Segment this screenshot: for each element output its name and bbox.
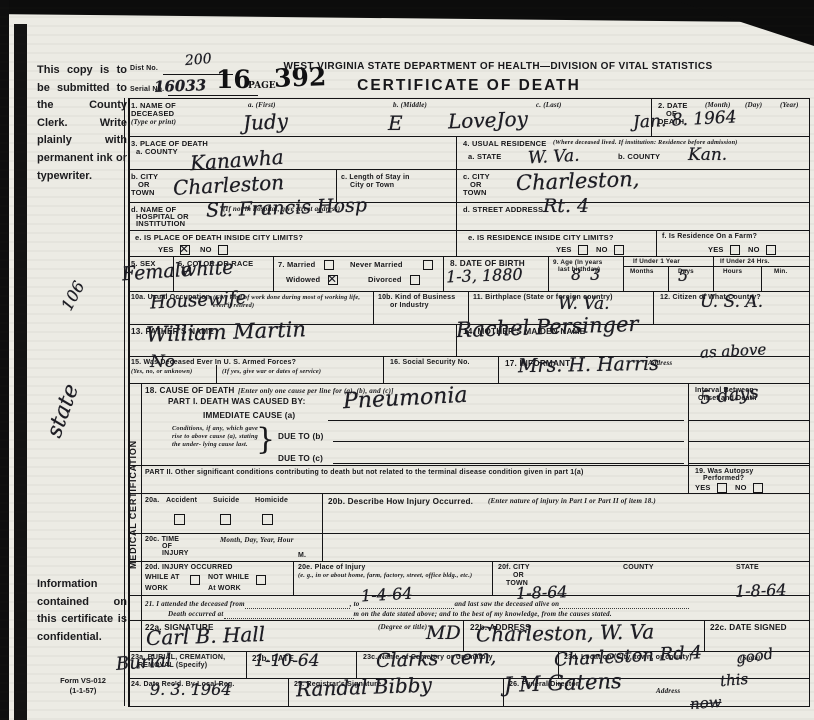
not-while-at-work-checkbox xyxy=(256,575,266,585)
attended-text-2: , to xyxy=(350,600,360,609)
farm-yes-label: YES xyxy=(708,245,724,254)
autopsy-yes-label: YES xyxy=(695,483,711,492)
divider xyxy=(668,266,669,291)
farm-yes-checkbox xyxy=(730,245,740,255)
res-state-label: a. STATE xyxy=(468,152,501,161)
dod-day-header: (Day) xyxy=(745,101,762,110)
place-of-injury-sub: (e. g., in or about home, farm, factory,… xyxy=(298,572,483,580)
accident-checkbox xyxy=(174,514,185,525)
divider xyxy=(443,257,444,291)
divorced-checkbox xyxy=(410,275,420,285)
middle-name-header: b. (Middle) xyxy=(393,101,427,110)
citizen-value: U. S. A. xyxy=(700,294,763,311)
divider xyxy=(689,420,810,421)
divider xyxy=(704,621,705,651)
pod-limits-yes-checkbox xyxy=(180,245,190,255)
form-number-text: Form VS-012 xyxy=(60,676,106,685)
divider xyxy=(456,170,457,202)
dist-no-label: Dist No. xyxy=(130,65,158,74)
divider xyxy=(373,292,374,324)
res-county-label: b. COUNTY xyxy=(618,152,660,161)
divider xyxy=(328,420,684,421)
row-attended: 21. I attended the deceased from , to an… xyxy=(128,595,810,620)
under-24-hrs-label: If Under 24 Hrs. xyxy=(720,258,770,266)
last-name-value: LoveJoy xyxy=(448,109,528,132)
divider xyxy=(689,441,810,442)
widowed-label: Widowed xyxy=(286,275,320,284)
age-value: 83 xyxy=(571,267,609,283)
attended-from-value: 1-4-64 xyxy=(361,586,413,605)
hours-label: Hours xyxy=(723,268,742,276)
injury-county-header: COUNTY xyxy=(623,564,654,573)
divider xyxy=(656,231,657,256)
divider xyxy=(246,652,247,678)
age-days-value: 5 xyxy=(678,268,688,284)
under-1-year-label: If Under 1 Year xyxy=(633,258,680,266)
res-limits-yes-label: YES xyxy=(556,245,572,254)
divider xyxy=(322,494,323,533)
dotted-line xyxy=(245,601,350,609)
scan-edge-left-bar-2 xyxy=(14,24,27,720)
last-alive-value: 1-8-64 xyxy=(735,582,787,600)
part2-label: PART II. Other significant conditions co… xyxy=(145,469,683,478)
degree-label: (Degree or title) xyxy=(378,623,427,632)
hospital-label-3: INSTITUTION xyxy=(136,219,185,228)
divider xyxy=(498,357,499,383)
death-occurred-text: Death occurred at xyxy=(168,610,224,619)
illegible-scrawl: this xyxy=(719,672,748,689)
last-name-header: c. (Last) xyxy=(536,101,562,110)
divider xyxy=(456,203,457,230)
business-label-2: or Industry xyxy=(390,302,429,311)
physician-signature-value: Carl B. Hall xyxy=(146,624,266,648)
time-injury-label-3: INJURY xyxy=(162,550,189,559)
attended-text-1: 21. I attended the deceased from xyxy=(145,600,245,609)
widowed-checkbox xyxy=(328,275,338,285)
street-address-value: Rt. 4 xyxy=(543,197,589,216)
funeral-director-address-label: Address xyxy=(656,687,680,696)
pod-city-label-3: TOWN xyxy=(131,188,155,197)
race-value: white xyxy=(180,259,234,281)
divider xyxy=(124,98,125,706)
armed-forces-value: No xyxy=(150,354,175,371)
department-title: WEST VIRGINIA STATE DEPARTMENT OF HEALTH… xyxy=(198,61,798,72)
funeral-director-value: J M Gatens xyxy=(504,671,622,696)
injury-state-header: STATE xyxy=(736,564,759,573)
divider xyxy=(322,534,323,561)
dotted-line xyxy=(559,601,689,609)
registrar-signature-value: Randal Bibby xyxy=(296,675,432,700)
autopsy-yes-checkbox xyxy=(717,483,727,493)
divider xyxy=(383,357,384,383)
margin-note-submit: This copy is to be submitted to the Coun… xyxy=(37,62,127,185)
homicide-checkbox xyxy=(262,514,273,525)
divider xyxy=(761,266,762,291)
serial-no-line xyxy=(168,95,258,96)
time-injury-m: M. xyxy=(298,552,306,561)
form-revision-text: (1-1-57) xyxy=(70,686,97,695)
divider xyxy=(333,463,684,464)
physician-address-value: Charleston, W. Va xyxy=(476,621,654,644)
scan-edge-corner xyxy=(674,0,814,46)
date-received-value: 9. 3. 1964 xyxy=(150,682,231,698)
divider xyxy=(548,257,549,291)
attended-line-2: Death occurred at m on the date stated a… xyxy=(168,610,612,619)
work-label: WORK xyxy=(145,585,168,594)
how-injury-sub: (Enter nature of injury in Part I or Par… xyxy=(488,497,656,506)
attended-to-value: 1-8-64 xyxy=(516,584,568,602)
autopsy-no-label: NO xyxy=(735,483,747,492)
usual-residence-label: 4. USUAL RESIDENCE xyxy=(463,139,546,148)
informant-address-value: as above xyxy=(700,342,767,360)
dod-year-header: (Year) xyxy=(780,101,799,110)
pod-limits-no-checkbox xyxy=(218,245,228,255)
pod-limits-yes-label: YES xyxy=(158,245,174,254)
row-injury-place: 20d. INJURY OCCURRED WHILE AT NOT WHILE … xyxy=(128,561,810,595)
certificate-form: MEDICAL CERTIFICATION Dist No. 200 Seria… xyxy=(128,55,810,706)
degree-value: MD xyxy=(426,624,461,643)
res-county-value: Kan. xyxy=(688,147,727,164)
divider xyxy=(713,257,714,291)
attended-line-1: 21. I attended the deceased from , to an… xyxy=(145,600,689,609)
row-accident: 20a. Accident Suicide Homicide 20b. Desc… xyxy=(128,493,810,533)
accident-item-label: 20a. xyxy=(145,497,159,506)
burial-date-value: 1-10-64 xyxy=(254,653,320,670)
pod-city-value: Charleston xyxy=(173,172,285,198)
margin-note-confidential: Information contained on this certificat… xyxy=(37,576,127,646)
time-injury-sub: Month, Day, Year, Hour xyxy=(220,536,294,545)
divider xyxy=(653,292,654,324)
divider xyxy=(623,257,624,291)
res-state-value: W. Va. xyxy=(528,148,580,168)
date-signed-label: 22c. DATE SIGNED xyxy=(710,623,787,633)
min-label: Min. xyxy=(774,268,787,276)
dob-value: 1-3, 1880 xyxy=(446,267,523,286)
pod-county-label: a. COUNTY xyxy=(136,147,178,156)
row-part2-autopsy: PART II. Other significant conditions co… xyxy=(128,465,810,493)
due-to-c-label: DUE TO (c) xyxy=(278,454,323,464)
while-at-label: WHILE AT xyxy=(145,574,180,583)
res-limits-no-checkbox xyxy=(614,245,624,255)
handwritten-margin-code: 106 xyxy=(59,279,87,313)
part1-label: PART I. DEATH WAS CAUSED BY: xyxy=(168,397,306,407)
autopsy-no-checkbox xyxy=(753,483,763,493)
divorced-label: Divorced xyxy=(368,275,402,284)
stay-label-2: City or Town xyxy=(350,182,394,191)
dotted-line xyxy=(224,611,354,619)
divider xyxy=(293,562,294,595)
divider xyxy=(456,137,457,169)
divider xyxy=(273,257,274,291)
scan-edge-left-bar xyxy=(0,0,9,720)
certificate-title: CERTIFICATE OF DEATH xyxy=(128,77,810,95)
res-limits-no-label: NO xyxy=(596,245,608,254)
never-married-checkbox xyxy=(423,260,433,270)
first-name-value: Judy xyxy=(243,111,289,133)
burial-value: Burial xyxy=(115,652,172,674)
name-sub-label: (Type or print) xyxy=(131,118,176,127)
res-limits-question: e. IS RESIDENCE INSIDE CITY LIMITS? xyxy=(468,233,614,242)
birthplace-value: W. Va. xyxy=(558,296,610,313)
divider xyxy=(688,384,689,465)
suicide-label: Suicide xyxy=(213,497,239,506)
street-address-label: d. STREET ADDRESS xyxy=(463,205,543,214)
occupation-value: Housewife xyxy=(150,289,247,312)
due-to-b-label: DUE TO (b) xyxy=(278,432,324,442)
farm-no-checkbox xyxy=(766,245,776,255)
married-checkbox xyxy=(324,260,334,270)
farm-question: f. Is Residence On a Farm? xyxy=(662,233,757,242)
divider xyxy=(623,266,810,267)
divider xyxy=(456,231,457,256)
usual-residence-sub: (Where deceased lived. If institution: R… xyxy=(553,139,803,147)
never-married-label: Never Married xyxy=(350,260,403,269)
pod-limits-no-label: NO xyxy=(200,245,212,254)
farm-no-label: NO xyxy=(748,245,760,254)
married-label: 7. Married xyxy=(278,260,315,269)
divider xyxy=(688,466,689,493)
divider xyxy=(356,652,357,678)
father-value: William Martin xyxy=(146,319,307,346)
brace-glyph: } xyxy=(256,422,275,457)
handwritten-margin-state: state xyxy=(44,381,84,440)
immediate-cause-label: IMMEDIATE CAUSE (a) xyxy=(203,411,295,421)
while-at-work-checkbox xyxy=(190,575,200,585)
ssn-label: 16. Social Security No. xyxy=(390,359,470,368)
at-work-label: At WORK xyxy=(208,585,241,594)
first-name-header: a. (First) xyxy=(248,101,276,110)
not-while-label: NOT WHILE xyxy=(208,574,249,583)
death-certificate-scan: This copy is to be submitted to the Coun… xyxy=(0,0,814,720)
name-label-2: DECEASED xyxy=(131,109,174,118)
months-label: Months xyxy=(630,268,654,276)
injury-occurred-label: 20d. INJURY OCCURRED xyxy=(145,564,233,573)
row-time-of-injury: 20c. TIME OF INJURY Month, Day, Year, Ho… xyxy=(128,533,810,561)
divider xyxy=(333,441,684,442)
how-injury-label: 20b. Describe How Injury Occurred. xyxy=(328,497,473,507)
divider xyxy=(689,463,810,464)
cause-label: 18. CAUSE OF DEATH xyxy=(145,386,234,396)
cemetery-value: Clarks cem, xyxy=(376,648,497,671)
homicide-label: Homicide xyxy=(255,497,288,506)
middle-name-value: E xyxy=(388,113,403,133)
informant-value: Mrs. H. Harris xyxy=(518,355,659,376)
illegible-scrawl-struck: now xyxy=(690,695,723,712)
res-city-value: Charleston, xyxy=(516,169,640,194)
row-city-limits: e. IS PLACE OF DEATH INSIDE CITY LIMITS?… xyxy=(128,230,810,256)
armed-forces-sub2: (If yes, give war or dates of service) xyxy=(222,368,321,376)
conditions-note: Conditions, if any, which gave rise to a… xyxy=(172,425,258,449)
divider xyxy=(492,562,493,595)
suicide-checkbox xyxy=(220,514,231,525)
res-limits-yes-checkbox xyxy=(578,245,588,255)
accident-label: Accident xyxy=(166,497,197,506)
form-number: Form VS-012 (1-1-57) xyxy=(48,676,118,696)
res-city-label-3: TOWN xyxy=(463,188,487,197)
divider xyxy=(288,679,289,706)
death-occurred-text-2: m on the date stated above; and to the b… xyxy=(354,610,612,619)
pod-limits-question: e. IS PLACE OF DEATH INSIDE CITY LIMITS? xyxy=(135,233,303,242)
